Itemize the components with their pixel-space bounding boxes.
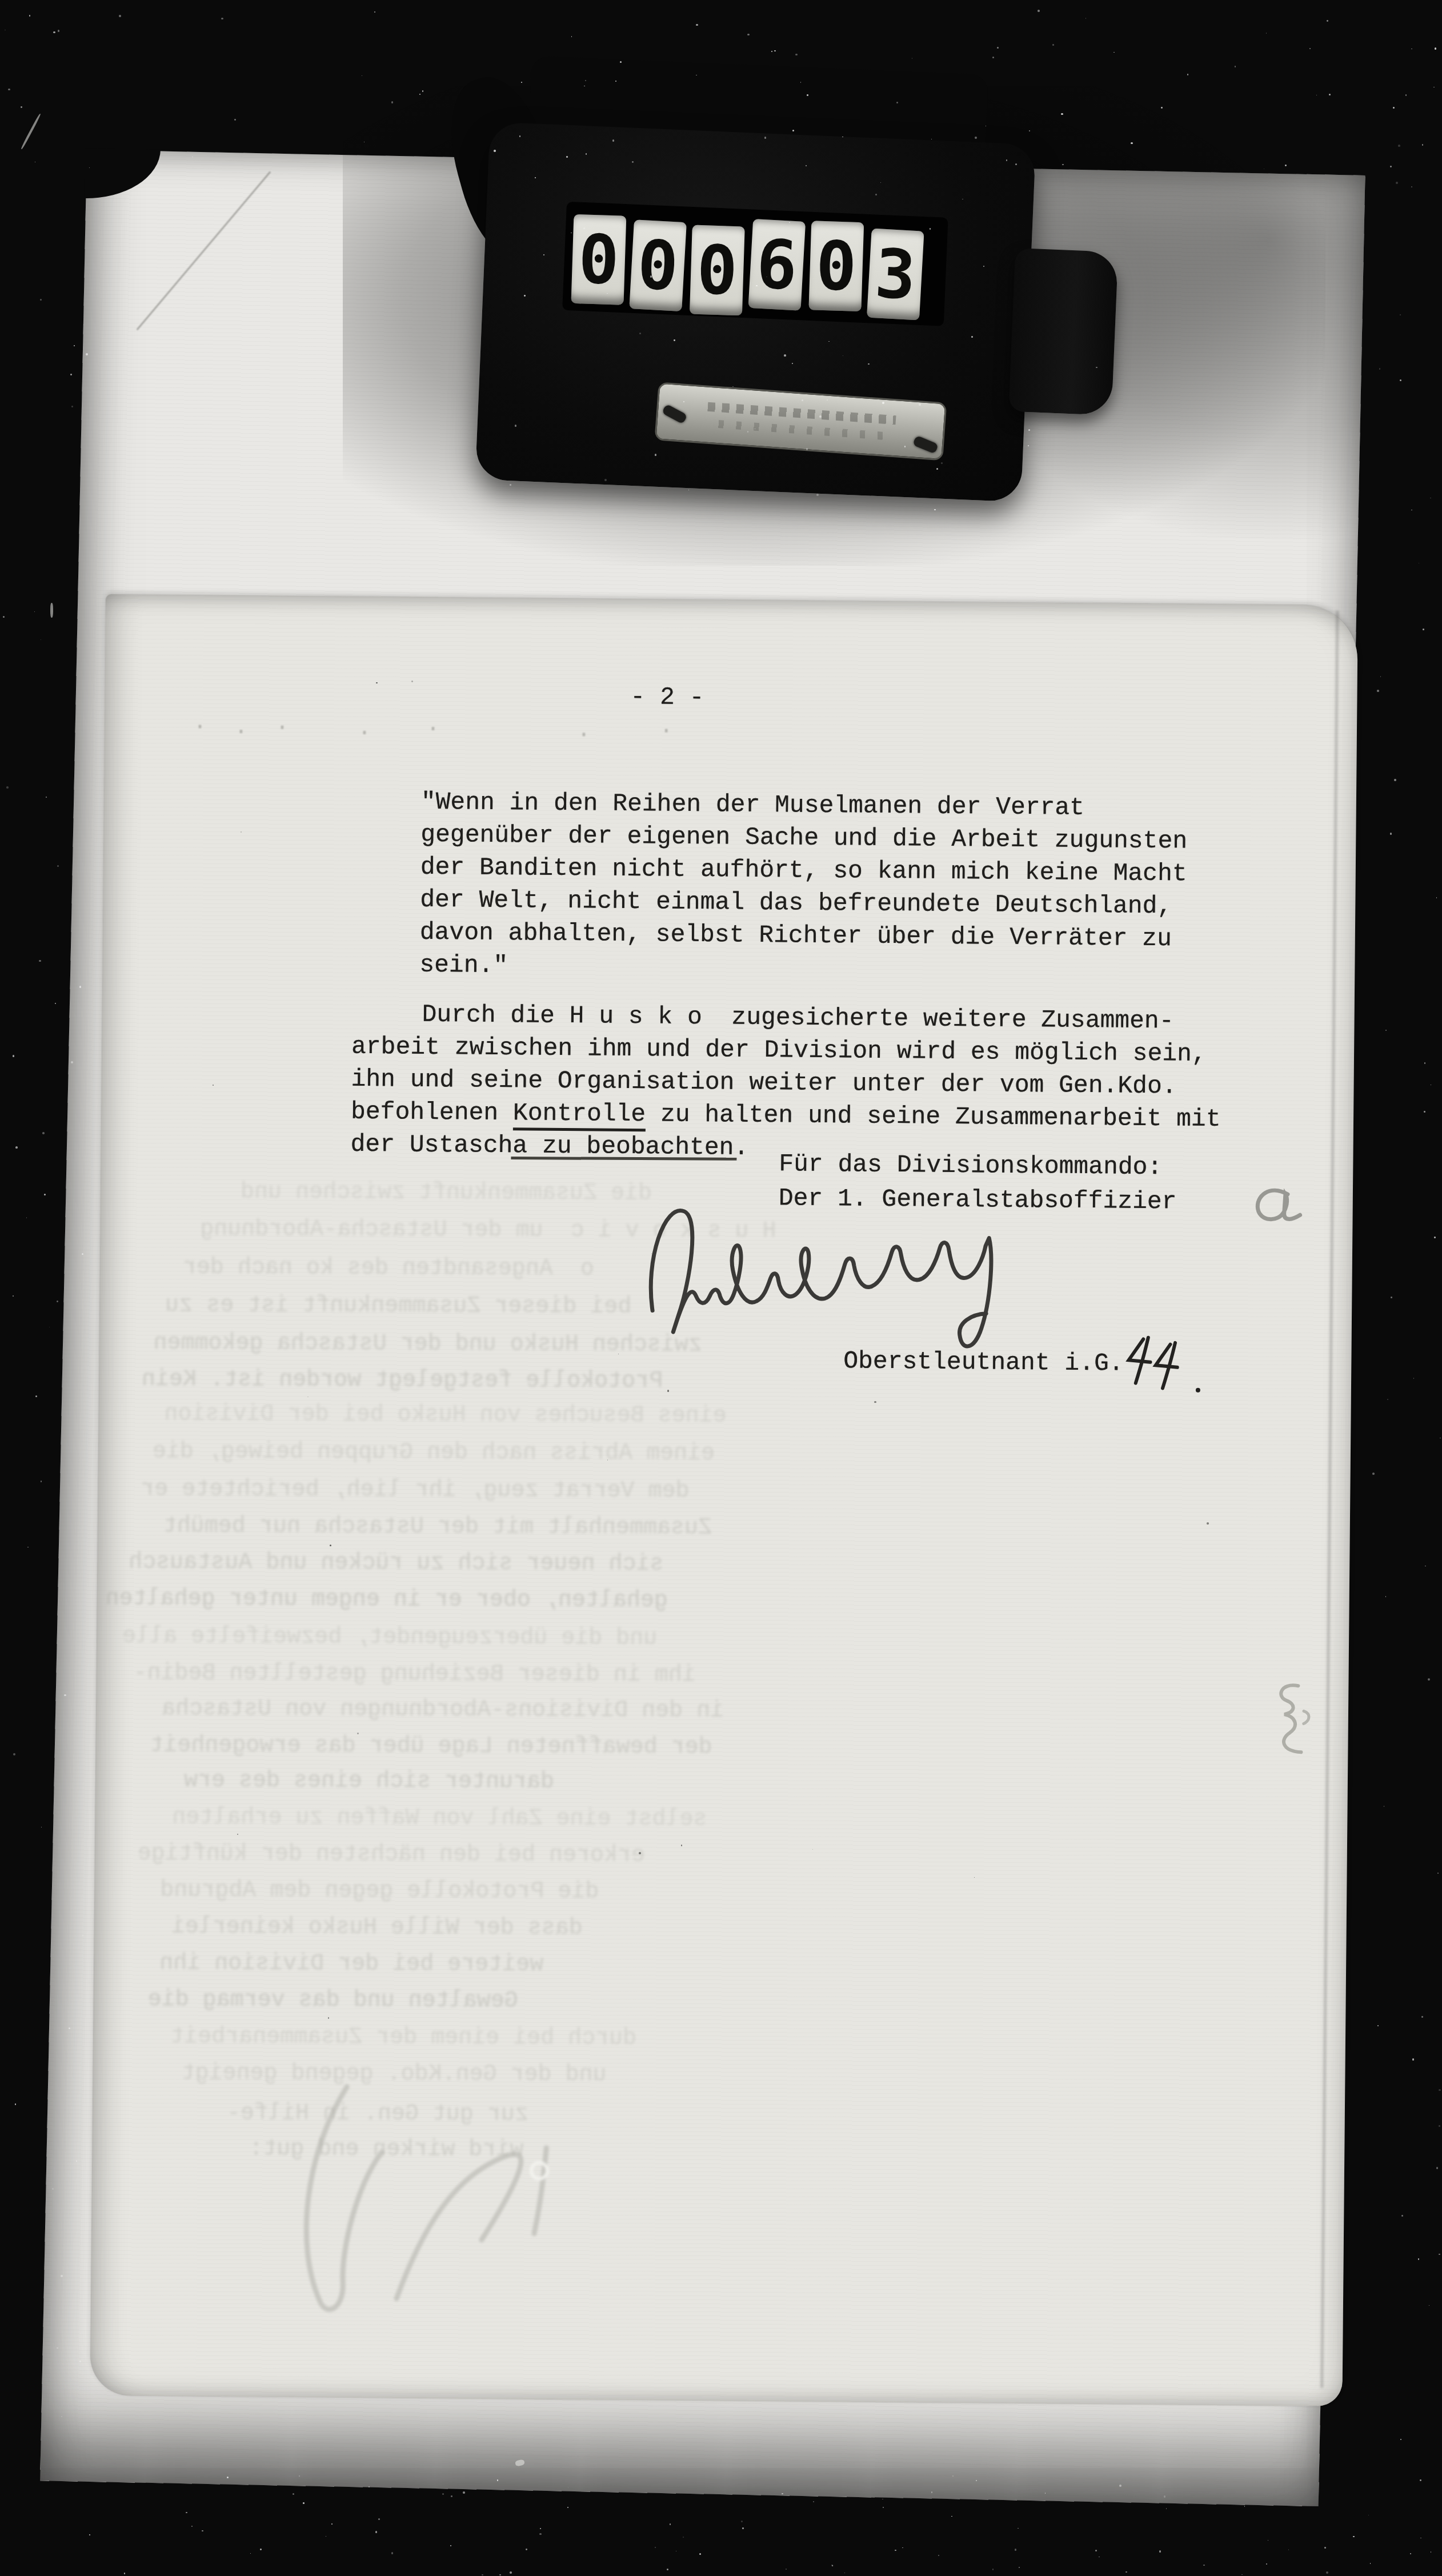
dust-speck [655, 2547, 656, 2548]
bleed-through-line: Protokolle festgelegt worden ist. Kein [142, 1369, 663, 1393]
dust-speck [1420, 2538, 1421, 2538]
dust-speck [1125, 2571, 1127, 2573]
dust-speck [676, 2551, 676, 2551]
dust-speck [1439, 2254, 1440, 2255]
counter-digit: 3 [867, 229, 924, 321]
dust-speck [741, 2521, 743, 2522]
bleed-through-line: Zusammenhalt mit der Ustascha nur bemüht [163, 1515, 712, 1539]
dust-speck [482, 2574, 483, 2576]
bleed-through-line: die Protokolle gegen dem Abgrund [160, 1879, 599, 1904]
dust-speck [1436, 2167, 1438, 2169]
dust-speck [74, 345, 75, 346]
film-scratch [50, 603, 53, 618]
dust-speck [70, 374, 72, 375]
dust-speck [260, 2549, 262, 2550]
counter-digit: 0 [808, 221, 864, 311]
dust-speck [186, 2512, 187, 2514]
dust-speck [1326, 2571, 1328, 2574]
counter-digit: 0 [629, 219, 687, 311]
dust-speck [699, 2553, 701, 2555]
dust-speck [49, 1327, 50, 1327]
dust-speck [1436, 897, 1437, 898]
dust-speck [202, 2530, 203, 2532]
underlined-word: Kontrolle [513, 1099, 646, 1131]
dust-speck [1439, 2089, 1441, 2091]
bleed-through-line: gehalten, ober er in engem unter gehalte… [106, 1588, 668, 1613]
dust-speck [326, 2536, 326, 2537]
dust-speck [951, 2516, 952, 2517]
bleed-through-line: in den Divisions-Abordnungen von Ustasch… [162, 1698, 724, 1723]
dust-speck [1244, 2506, 1245, 2506]
ghost-scribble [225, 2077, 559, 2331]
bleed-through-line: weitere bei der Division ihn [159, 1953, 543, 1977]
dust-speck [683, 2537, 684, 2538]
dust-speck [41, 1481, 42, 1482]
dust-speck [450, 2545, 451, 2546]
dust-speck [1268, 2540, 1269, 2541]
dust-speck [1241, 2574, 1242, 2575]
dust-speck [1428, 1678, 1430, 1681]
dust-speck [391, 2552, 393, 2554]
dust-speck [813, 2501, 815, 2503]
dust-speck [902, 2547, 903, 2549]
plate-screw-right [912, 435, 939, 454]
pencil-curly-mark [1255, 1680, 1324, 1761]
dust-speck [250, 2553, 251, 2554]
dust-speck [39, 960, 41, 962]
bleed-through-line: bei dieser Zusammenkunft ist es zu [165, 1294, 631, 1319]
dust-speck [1411, 186, 1412, 187]
dust-speck [303, 2502, 304, 2503]
bleed-through-line: Gewalten und das vermag die [147, 1989, 518, 2013]
bleed-through-line: dem Verrat zeug, ihr lieh, berichtete er [141, 1478, 689, 1503]
dust-speck [844, 2573, 845, 2573]
dust-speck [1429, 2305, 1429, 2306]
dust-speck [34, 611, 35, 612]
archival-photo: { "meta": { "description": "Black-and-wh… [0, 0, 1442, 2576]
rank-line: Oberstleutnant i.G. [843, 1345, 1124, 1379]
dust-speck [526, 2549, 527, 2550]
dust-speck [1159, 2550, 1161, 2553]
dust-speck [1015, 2549, 1016, 2550]
dust-speck [1424, 1111, 1425, 1113]
dust-speck [1401, 2215, 1403, 2217]
dust-speck [1424, 1062, 1426, 1064]
page-number: - 2 - [630, 681, 704, 714]
dust-speck [15, 1146, 18, 1149]
closing-line: Für das Divisionskommando: [779, 1147, 1162, 1183]
frame-counter: 000603 [464, 54, 1133, 526]
dust-speck [1412, 2058, 1415, 2061]
dust-speck [26, 1217, 27, 1218]
dust-speck [1384, 1806, 1384, 1806]
dust-speck [539, 2533, 542, 2535]
dust-speck [1324, 2547, 1326, 2549]
dust-speck [992, 2569, 994, 2570]
dust-speck [1019, 2567, 1020, 2568]
dust-speck [89, 2534, 90, 2535]
typed-page: die Zusammenkunft zwischen undH u s k o … [90, 594, 1357, 2406]
dust-speck [831, 2565, 833, 2566]
dust-speck [1018, 2528, 1019, 2529]
bleed-through-line: darunter sich eines des erw [184, 1770, 554, 1794]
dust-speck [35, 162, 35, 162]
dust-speck [1400, 2439, 1401, 2440]
dust-speck [1377, 690, 1379, 691]
dust-speck [41, 639, 41, 640]
dust-speck [883, 2507, 884, 2508]
bleed-through-line: zwischen Husko und der Ustascha gekommen [153, 1332, 702, 1357]
dust-speck [1391, 1297, 1392, 1298]
dust-speck [13, 1295, 14, 1297]
dust-speck [1434, 1237, 1436, 1238]
dust-speck [331, 2523, 333, 2525]
dust-speck [378, 2518, 380, 2521]
paragraph-text: befohlenen [351, 1098, 513, 1127]
dust-speck [670, 2523, 671, 2525]
dust-speck [1400, 314, 1400, 315]
dust-speck [1387, 1399, 1388, 1400]
dust-speck [1288, 2549, 1289, 2550]
signature [630, 1190, 1020, 1365]
counter-knob [1008, 248, 1118, 415]
dust-speck [44, 1194, 46, 1195]
dust-speck [1379, 368, 1381, 370]
bleed-through-line: o Angesandten des ko nach der [183, 1257, 594, 1281]
dust-speck [375, 2531, 378, 2533]
dust-speck [1440, 1438, 1440, 1438]
dust-speck [567, 2507, 568, 2508]
dust-speck [1166, 2508, 1167, 2509]
dust-speck [1411, 510, 1412, 510]
pencil-annotation-a [1249, 1181, 1307, 1233]
dust-speck [882, 2499, 883, 2500]
dust-speck [1203, 2565, 1204, 2566]
handwritten-suffix [1125, 1335, 1211, 1398]
dust-speck [1368, 2515, 1369, 2515]
plate-screw-left [662, 404, 688, 425]
dust-speck [1419, 563, 1419, 563]
dust-speck [42, 1132, 44, 1134]
bleed-through-line: und die überzeugendet, bezweifelte alle [122, 1626, 657, 1650]
dust-speck [40, 299, 42, 301]
dust-speck [1423, 629, 1424, 630]
dust-speck [1430, 498, 1431, 498]
quote-line: davon abhalten, selbst Richter über die … [420, 916, 1172, 955]
dust-speck [786, 2569, 787, 2570]
paragraph-text: zu halten und seine Zusammenarbeit mit [646, 1100, 1221, 1133]
dust-speck [1410, 2553, 1412, 2555]
dust-speck [1266, 2563, 1267, 2565]
dust-speck [46, 797, 47, 798]
dust-speck [540, 2528, 541, 2529]
dust-speck [1372, 1473, 1374, 1474]
dust-speck [1396, 182, 1398, 184]
dust-speck [1099, 2557, 1100, 2558]
dust-speck [451, 2495, 452, 2497]
bleed-through-line: durch bei einem der Zusammenarbeit [170, 2026, 636, 2050]
counter-digit: 6 [748, 219, 806, 311]
dust-speck [1385, 1030, 1387, 1031]
dust-speck [41, 1827, 42, 1827]
dust-speck [499, 2574, 500, 2575]
dust-speck [57, 1301, 58, 1302]
dust-speck [442, 2493, 444, 2495]
dust-speck [3, 616, 5, 618]
dust-speck [938, 2555, 939, 2556]
dust-speck [1370, 2563, 1371, 2563]
dust-speck [1431, 1085, 1432, 1086]
dust-speck [293, 2493, 294, 2495]
dust-speck [1400, 379, 1401, 381]
dust-speck [1394, 779, 1396, 781]
dust-speck [1413, 1378, 1415, 1379]
dust-speck [1418, 2258, 1419, 2259]
dust-speck [1385, 1596, 1386, 1597]
bleed-through-line: der bewaffneten Lage über das erwogenhei… [150, 1734, 712, 1759]
dust-speck [27, 1547, 28, 1547]
dust-speck [1095, 2550, 1097, 2551]
quote-line-bold: sein." [419, 949, 508, 982]
bleed-through-line: sich neuer sich zu rücken und Austausch [129, 1551, 663, 1576]
dust-speck [1437, 1873, 1439, 1874]
bleed-through-line: selbst eine Zahl von Waffen zu erhalten [172, 1807, 707, 1831]
dust-speck [1353, 2536, 1355, 2538]
dust-speck [667, 2569, 668, 2570]
bleed-through-line: erkoren bei den nächsten der künftige [138, 1843, 645, 1867]
dust-speck [13, 1055, 14, 1057]
dust-speck [35, 1395, 37, 1397]
bleed-through-line: ihm in dieser Beziehung gestellten Bedin… [133, 1662, 695, 1687]
bleed-through-line: die Zusammenkunft zwischen und [241, 1181, 652, 1206]
bleed-through-line: eines Besuches von Husko bei der Divisio… [164, 1403, 726, 1428]
counter-digit-window: 000603 [562, 202, 948, 326]
dust-speck [191, 2526, 193, 2527]
dust-speck [13, 1753, 15, 1755]
dust-speck [1425, 1566, 1426, 1567]
dust-speck [1380, 676, 1381, 677]
dust-speck [6, 786, 9, 789]
dust-speck [124, 2573, 126, 2574]
counter-digit: 0 [690, 225, 745, 316]
dust-speck [15, 2103, 17, 2105]
dust-speck [1390, 833, 1392, 834]
quote-line: "Wenn in den Reihen der Muselmanen der V… [421, 786, 1085, 824]
dust-speck [1431, 2551, 1431, 2552]
dust-speck [1390, 166, 1392, 167]
dust-speck [55, 1003, 56, 1004]
bleed-through-line: · . · . · . · [193, 716, 673, 743]
dust-speck [1421, 2016, 1423, 2018]
dust-speck [57, 865, 59, 867]
dust-speck [1439, 2125, 1440, 2127]
dust-speck [1377, 2025, 1379, 2026]
dust-speck [463, 2491, 464, 2493]
plate-engraving [706, 400, 896, 443]
bleed-through-line: dass der Wille Husko keinerlei [171, 1916, 583, 1941]
dust-speck [1420, 2479, 1421, 2481]
dust-speck [832, 2565, 834, 2566]
dust-speck [895, 2550, 896, 2551]
counter-digit: 0 [571, 214, 627, 305]
dust-speck [510, 2571, 511, 2573]
bleed-through-line: einem Abriss nach den Gruppen beiweg, di… [153, 1441, 715, 1465]
dust-speck [71, 406, 73, 407]
dust-speck [742, 2527, 744, 2529]
